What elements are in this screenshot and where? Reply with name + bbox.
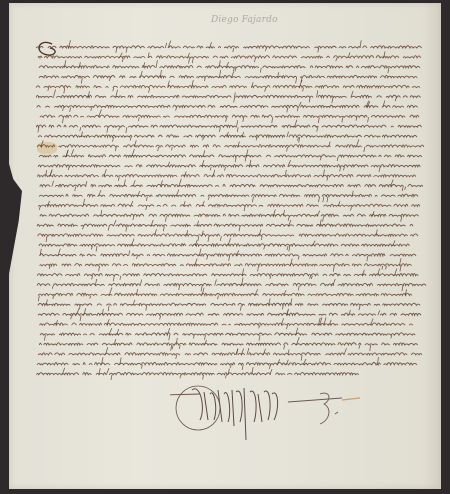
transcription-placeholder: ... a ... de ... anyo de ... [date, ille… [36,44,416,384]
signature [170,378,370,448]
